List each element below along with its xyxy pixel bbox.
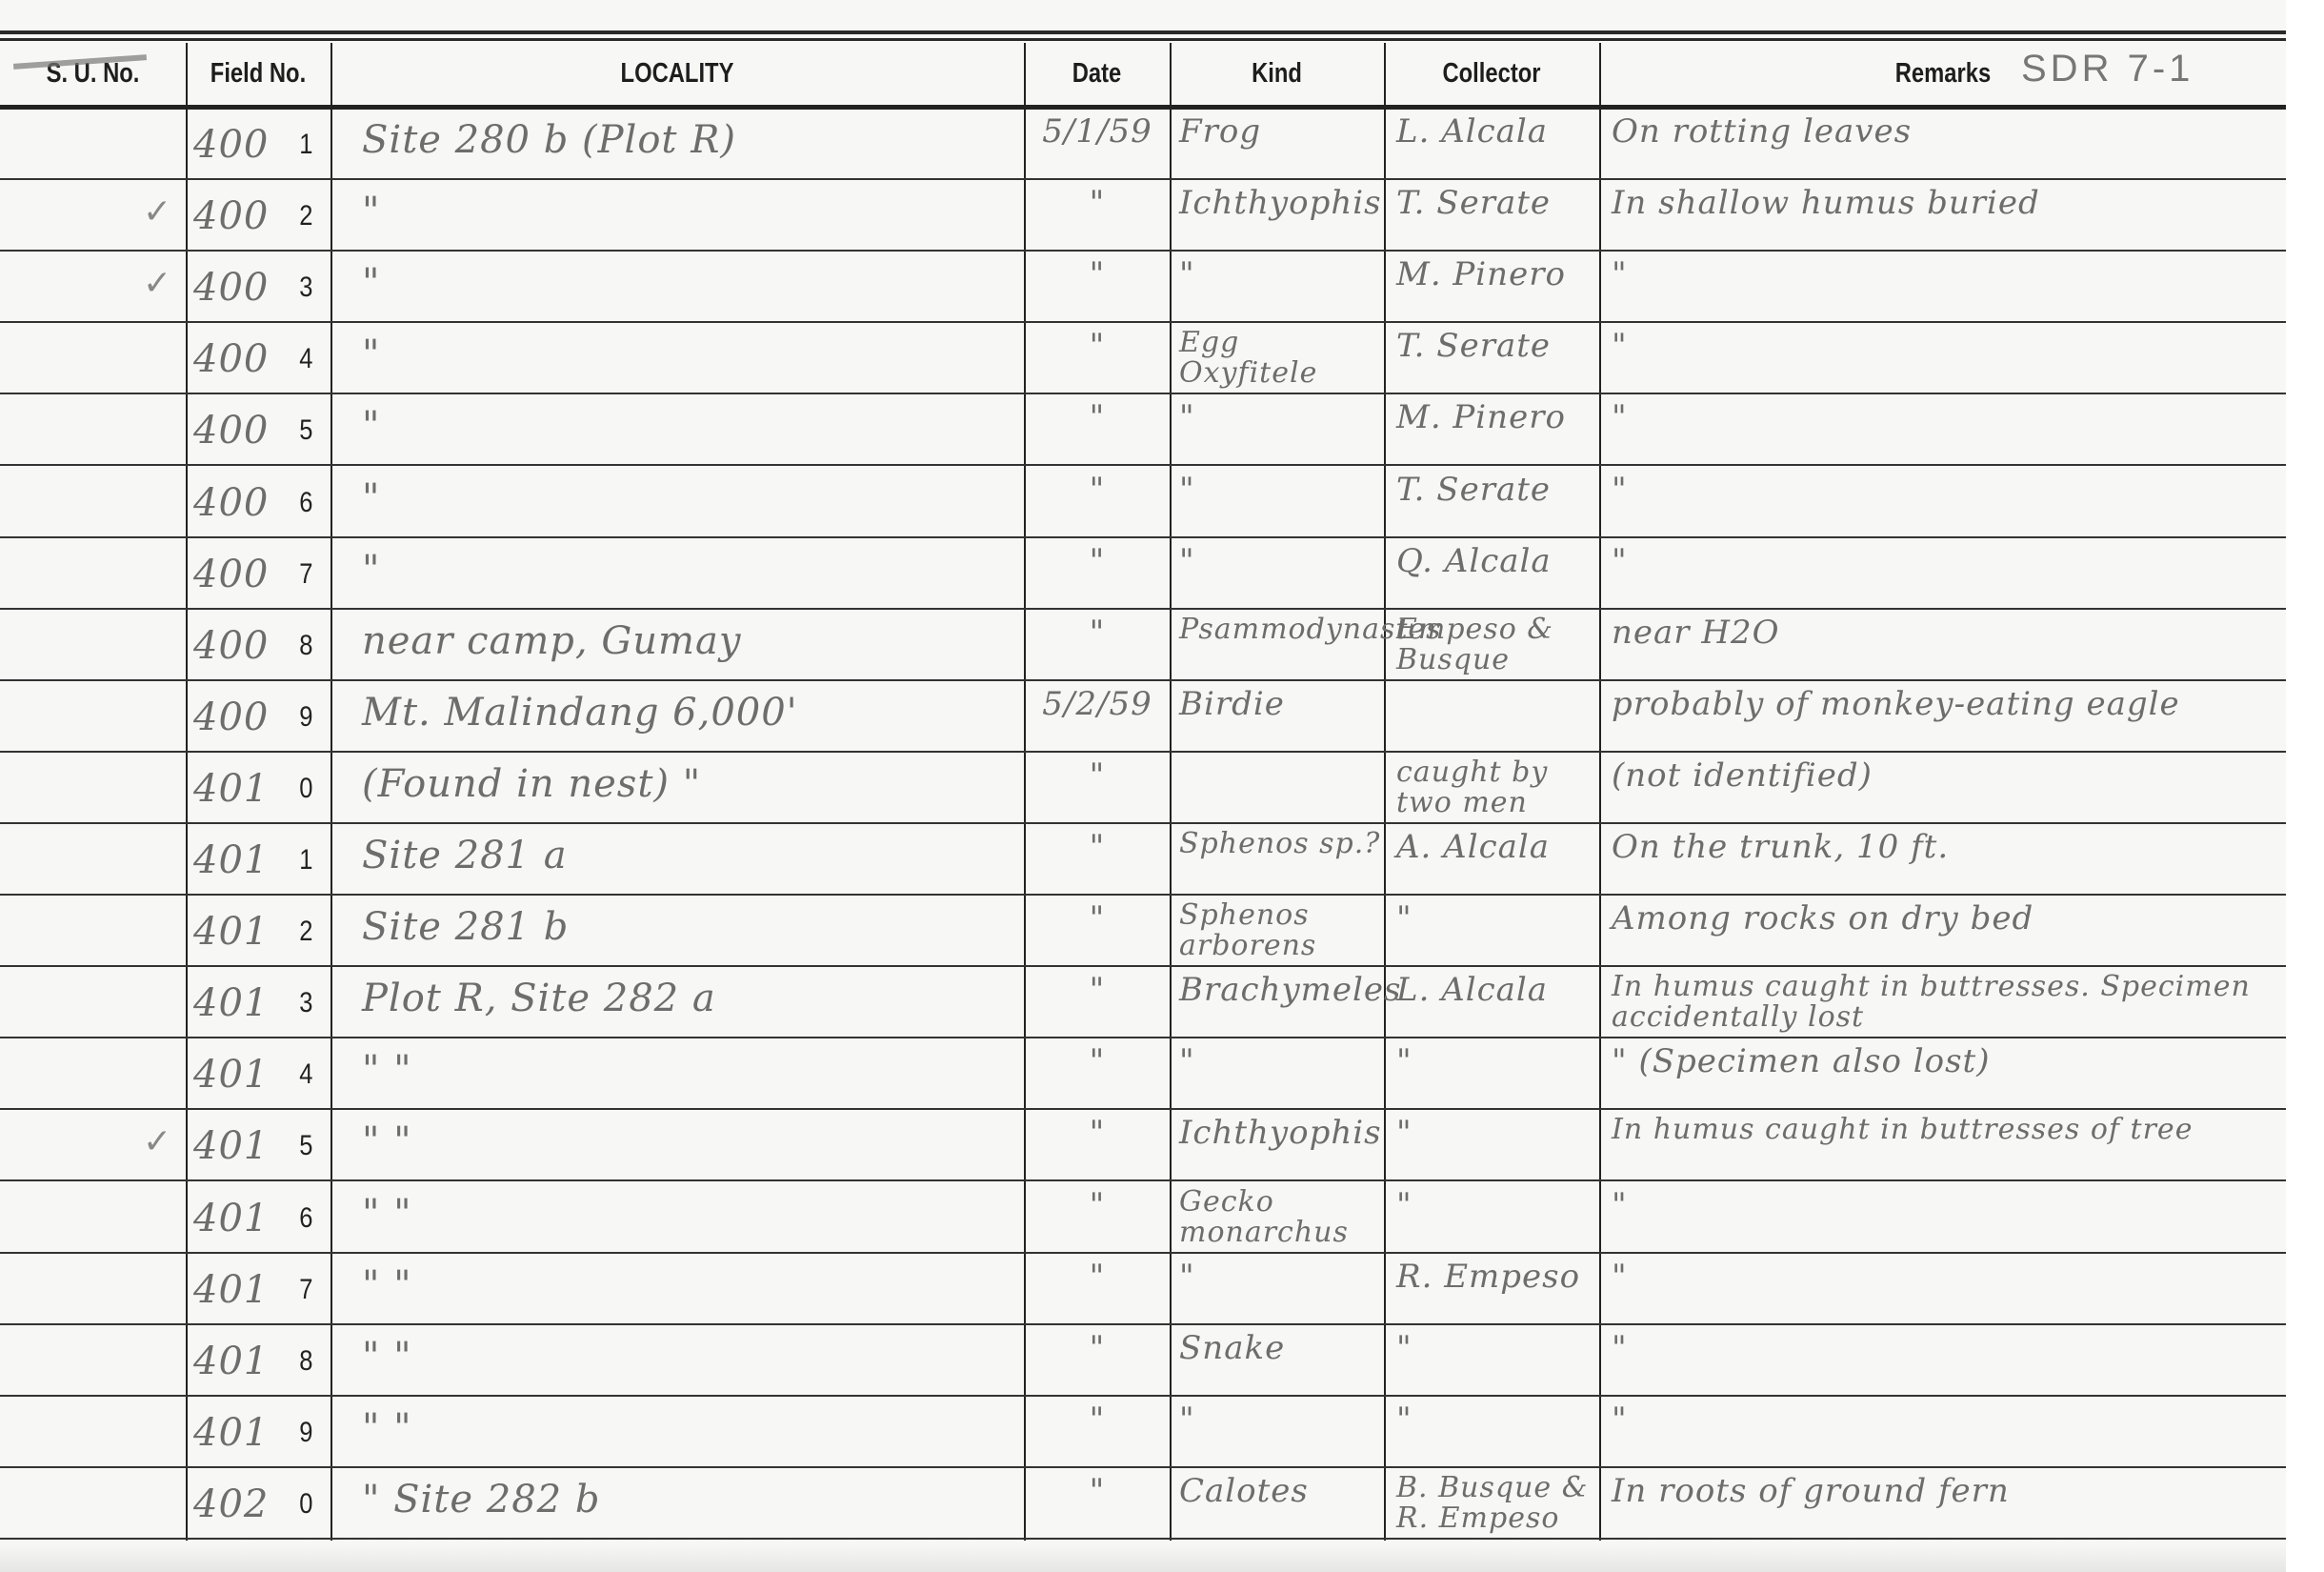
field-number-printed-digit: 9 — [299, 701, 312, 734]
locality-cell: Site 281 a — [362, 823, 1010, 895]
date-cell: " — [1026, 537, 1169, 609]
remarks-text: In roots of ground fern — [1612, 1467, 2278, 1507]
remarks-cell: In roots of ground fern — [1612, 1467, 2278, 1539]
collector-cell: caught by two men — [1396, 752, 1596, 823]
remarks-cell: probably of monkey-eating eagle — [1612, 680, 2278, 752]
date-text: " — [1026, 1181, 1169, 1221]
kind-cell: Brachymeles — [1179, 966, 1381, 1038]
table-row: 400 7 " " " Q. Alcala " — [0, 537, 2286, 609]
header-locality: LOCALITY — [393, 48, 962, 100]
date-cell: " — [1026, 393, 1169, 465]
field-number-handwritten: 401 — [193, 1340, 269, 1383]
date-text: " — [1026, 466, 1169, 506]
top-rule — [0, 38, 2286, 41]
date-cell: " — [1026, 1467, 1169, 1539]
locality-cell: " " — [362, 1109, 1010, 1180]
field-number-handwritten: 401 — [193, 1124, 269, 1168]
remarks-cell: (not identified) — [1612, 752, 2278, 823]
paper-edge — [0, 1543, 2286, 1572]
field-number-printed-digit: 3 — [299, 987, 312, 1019]
locality-cell: " — [362, 537, 1010, 609]
field-number: 400 7 — [186, 537, 331, 609]
locality-cell: " — [362, 393, 1010, 465]
remarks-cell: On the trunk, 10 ft. — [1612, 823, 2278, 895]
remarks-text: near H2O — [1612, 609, 2278, 649]
collector-cell — [1396, 680, 1596, 752]
field-number-handwritten: 400 — [193, 337, 269, 381]
locality-cell: " — [362, 466, 1010, 537]
field-number: 401 6 — [186, 1181, 331, 1253]
collector-cell: A. Alcala — [1396, 823, 1596, 895]
field-number-handwritten: 400 — [193, 624, 269, 668]
field-number-handwritten: 400 — [193, 695, 269, 739]
date-cell: " — [1026, 609, 1169, 680]
locality-text: Mt. Malindang 6,000' — [362, 680, 1010, 732]
locality-text: Site 281 a — [362, 823, 1010, 875]
date-cell: " — [1026, 752, 1169, 823]
remarks-cell: In shallow humus buried — [1612, 179, 2278, 251]
locality-text: " — [362, 322, 1010, 373]
locality-cell: Plot R, Site 282 a — [362, 966, 1010, 1038]
field-number-printed-digit: 5 — [299, 414, 312, 447]
field-number-printed-digit: 0 — [299, 1488, 312, 1521]
kind-cell: " — [1179, 537, 1381, 609]
locality-text: " Site 282 b — [362, 1467, 1010, 1519]
date-text: " — [1026, 823, 1169, 863]
collector-text: A. Alcala — [1396, 823, 1596, 863]
field-number: 400 6 — [186, 466, 331, 537]
collector-text: T. Serate — [1396, 322, 1596, 362]
locality-cell: Mt. Malindang 6,000' — [362, 680, 1010, 752]
date-cell: 5/1/59 — [1026, 108, 1169, 179]
table-row: 400 1 Site 280 b (Plot R) 5/1/59 Frog L.… — [0, 108, 2286, 179]
date-text: " — [1026, 251, 1169, 291]
row-rule — [0, 1538, 2286, 1540]
field-number-handwritten: 401 — [193, 910, 269, 954]
field-number: 401 8 — [186, 1324, 331, 1396]
kind-text: Snake — [1179, 1324, 1381, 1364]
kind-cell: " — [1179, 466, 1381, 537]
kind-text: " — [1179, 537, 1381, 577]
date-cell: " — [1026, 966, 1169, 1038]
locality-cell: (Found in nest) " — [362, 752, 1010, 823]
locality-text: (Found in nest) " — [362, 752, 1010, 803]
kind-cell: Gecko monarchus — [1179, 1181, 1381, 1253]
field-number-handwritten: 400 — [193, 409, 269, 453]
kind-cell: " — [1179, 393, 1381, 465]
table-row: 400 6 " " " T. Serate " — [0, 466, 2286, 537]
kind-cell: Sphenos sp.? — [1179, 823, 1381, 895]
remarks-text: In humus caught in buttresses. Specimen … — [1612, 966, 2278, 1033]
remarks-text: In humus caught in buttresses of tree — [1612, 1109, 2278, 1145]
collector-text — [1396, 680, 1596, 688]
remarks-cell: " — [1612, 251, 2278, 322]
header-date: Date — [1037, 48, 1156, 100]
locality-text: Site 281 b — [362, 895, 1010, 946]
locality-text: Plot R, Site 282 a — [362, 966, 1010, 1018]
field-number-handwritten: 401 — [193, 1411, 269, 1455]
field-number: 401 3 — [186, 966, 331, 1038]
remarks-text: " — [1612, 1396, 2278, 1436]
collector-text: T. Serate — [1396, 179, 1596, 219]
field-number-printed-digit: 2 — [299, 200, 312, 232]
remarks-cell: " — [1612, 466, 2278, 537]
kind-text: Ichthyophis — [1179, 1109, 1381, 1149]
kind-cell: " — [1179, 1038, 1381, 1109]
kind-cell: " — [1179, 1253, 1381, 1324]
checkmark-icon: ✓ — [143, 264, 171, 303]
collector-cell: R. Empeso — [1396, 1253, 1596, 1324]
table-row: 400 9 Mt. Malindang 6,000' 5/2/59 Birdie… — [0, 680, 2286, 752]
remarks-text: " (Specimen also lost) — [1612, 1038, 2278, 1078]
header-field-no: Field No. — [199, 48, 318, 100]
field-number: 400 8 — [186, 609, 331, 680]
field-number-printed-digit: 4 — [299, 1058, 312, 1091]
kind-text: " — [1179, 1038, 1381, 1078]
collector-text: " — [1396, 1181, 1596, 1221]
remarks-text: In shallow humus buried — [1612, 179, 2278, 219]
locality-text: " — [362, 393, 1010, 445]
collector-text: " — [1396, 1109, 1596, 1149]
remarks-text: (not identified) — [1612, 752, 2278, 792]
date-cell: " — [1026, 1181, 1169, 1253]
field-catalog-sheet: S. U. No. Field No. LOCALITY Date Kind C… — [0, 0, 2286, 1572]
field-number-printed-digit: 7 — [299, 558, 312, 591]
field-number-printed-digit: 0 — [299, 773, 312, 805]
header-remarks: Remarks — [1880, 48, 2005, 100]
kind-cell: Snake — [1179, 1324, 1381, 1396]
date-text: " — [1026, 1109, 1169, 1149]
remarks-cell: In humus caught in buttresses of tree — [1612, 1109, 2278, 1180]
remarks-cell: " (Specimen also lost) — [1612, 1038, 2278, 1109]
field-number: 401 7 — [186, 1253, 331, 1324]
collector-text: " — [1396, 1038, 1596, 1078]
table-row: 401 0 (Found in nest) " " caught by two … — [0, 752, 2286, 823]
header-collector: Collector — [1403, 48, 1579, 100]
date-text: 5/1/59 — [1026, 108, 1169, 148]
kind-text: Gecko monarchus — [1179, 1181, 1381, 1248]
collector-cell: T. Serate — [1396, 466, 1596, 537]
kind-text: Calotes — [1179, 1467, 1381, 1507]
field-number: 402 0 — [186, 1467, 331, 1539]
kind-text: Frog — [1179, 108, 1381, 148]
field-number-printed-digit: 6 — [299, 1202, 312, 1235]
date-cell: " — [1026, 823, 1169, 895]
remarks-cell: " — [1612, 1396, 2278, 1467]
collector-text: L. Alcala — [1396, 966, 1596, 1006]
field-number-printed-digit: 5 — [299, 1130, 312, 1162]
locality-text: " " — [362, 1109, 1010, 1160]
table-row: 401 8 " " " Snake " " — [0, 1324, 2286, 1396]
table-row: 401 2 Site 281 b " Sphenos arborens " Am… — [0, 895, 2286, 966]
kind-text: Ichthyophis — [1179, 179, 1381, 219]
kind-text: Brachymeles — [1179, 966, 1381, 1006]
field-number: 400 5 — [186, 393, 331, 465]
date-text: " — [1026, 966, 1169, 1006]
kind-cell: Frog — [1179, 108, 1381, 179]
field-number-handwritten: 401 — [193, 1053, 269, 1097]
locality-cell: " — [362, 322, 1010, 393]
kind-text: Birdie — [1179, 680, 1381, 720]
kind-cell: Psammodynastes — [1179, 609, 1381, 680]
field-number-handwritten: 401 — [193, 767, 269, 811]
remarks-text: On the trunk, 10 ft. — [1612, 823, 2278, 863]
field-number-handwritten: 400 — [193, 553, 269, 596]
field-number: 401 1 — [186, 823, 331, 895]
locality-text: " " — [362, 1038, 1010, 1089]
collector-text: " — [1396, 895, 1596, 935]
checkmark-icon: ✓ — [143, 1122, 171, 1161]
collector-cell: L. Alcala — [1396, 966, 1596, 1038]
collector-cell: " — [1396, 1038, 1596, 1109]
locality-cell: " — [362, 251, 1010, 322]
collector-text: B. Busque & R. Empeso — [1396, 1467, 1596, 1534]
kind-cell: Egg Oxyfitele — [1179, 322, 1381, 393]
table-row: 401 6 " " " Gecko monarchus " " — [0, 1181, 2286, 1253]
collector-text: Q. Alcala — [1396, 537, 1596, 577]
kind-text: " — [1179, 1396, 1381, 1436]
collector-cell: Q. Alcala — [1396, 537, 1596, 609]
locality-text: " " — [362, 1396, 1010, 1447]
table-row: 401 7 " " " " R. Empeso " — [0, 1253, 2286, 1324]
collector-text: M. Pinero — [1396, 251, 1596, 291]
locality-text: " — [362, 537, 1010, 589]
remarks-text: " — [1612, 322, 2278, 362]
collector-cell: " — [1396, 1109, 1596, 1180]
kind-text — [1179, 752, 1381, 759]
date-text: " — [1026, 1467, 1169, 1507]
remarks-text: " — [1612, 251, 2278, 291]
collector-cell: Empeso & Busque — [1396, 609, 1596, 680]
locality-text: near camp, Gumay — [362, 609, 1010, 660]
collector-cell: B. Busque & R. Empeso — [1396, 1467, 1596, 1539]
remarks-cell: " — [1612, 322, 2278, 393]
remarks-cell: " — [1612, 1181, 2278, 1253]
field-number-handwritten: 401 — [193, 838, 269, 882]
kind-text: " — [1179, 466, 1381, 506]
kind-text: Psammodynastes — [1179, 609, 1381, 645]
table-row: 402 0 " Site 282 b " Calotes B. Busque &… — [0, 1467, 2286, 1539]
kind-text: " — [1179, 1253, 1381, 1293]
date-cell: " — [1026, 466, 1169, 537]
collector-cell: " — [1396, 895, 1596, 966]
date-cell: " — [1026, 1109, 1169, 1180]
field-number-handwritten: 400 — [193, 481, 269, 525]
field-number: 401 0 — [186, 752, 331, 823]
table-row: ✓ 400 2 " " Ichthyophis T. Serate In sha… — [0, 179, 2286, 251]
remarks-cell: " — [1612, 1324, 2278, 1396]
collector-cell: " — [1396, 1396, 1596, 1467]
date-text: " — [1026, 752, 1169, 792]
kind-cell: Ichthyophis — [1179, 1109, 1381, 1180]
catalog-stamp: SDR 7-1 — [2021, 48, 2194, 91]
kind-text: Egg Oxyfitele — [1179, 322, 1381, 389]
table-row: 401 1 Site 281 a " Sphenos sp.? A. Alcal… — [0, 823, 2286, 895]
field-number-printed-digit: 1 — [299, 844, 312, 877]
remarks-cell: " — [1612, 1253, 2278, 1324]
locality-text: " " — [362, 1324, 1010, 1376]
field-number: 401 4 — [186, 1038, 331, 1109]
field-number-printed-digit: 1 — [299, 129, 312, 161]
date-cell: " — [1026, 179, 1169, 251]
collector-text: " — [1396, 1324, 1596, 1364]
kind-cell: " — [1179, 1396, 1381, 1467]
field-number-handwritten: 401 — [193, 1197, 269, 1240]
collector-cell: M. Pinero — [1396, 251, 1596, 322]
field-number: 400 1 — [186, 108, 331, 179]
kind-cell: Birdie — [1179, 680, 1381, 752]
checkmark-icon: ✓ — [143, 192, 171, 232]
collector-text: caught by two men — [1396, 752, 1596, 818]
date-cell: " — [1026, 1396, 1169, 1467]
date-text: 5/2/59 — [1026, 680, 1169, 720]
remarks-cell: near H2O — [1612, 609, 2278, 680]
field-number: 401 9 — [186, 1396, 331, 1467]
field-number-printed-digit: 8 — [299, 630, 312, 662]
locality-cell: " " — [362, 1038, 1010, 1109]
date-text: " — [1026, 322, 1169, 362]
date-text: " — [1026, 1396, 1169, 1436]
table-row: 401 3 Plot R, Site 282 a " Brachymeles L… — [0, 966, 2286, 1038]
collector-text: " — [1396, 1396, 1596, 1436]
collector-text: Empeso & Busque — [1396, 609, 1596, 675]
collector-text: L. Alcala — [1396, 108, 1596, 148]
kind-text: " — [1179, 393, 1381, 433]
kind-cell: Ichthyophis — [1179, 179, 1381, 251]
date-text: " — [1026, 1324, 1169, 1364]
locality-cell: " — [362, 179, 1010, 251]
field-number-printed-digit: 9 — [299, 1417, 312, 1449]
collector-cell: L. Alcala — [1396, 108, 1596, 179]
date-text: " — [1026, 895, 1169, 935]
date-cell: 5/2/59 — [1026, 680, 1169, 752]
kind-cell — [1179, 752, 1381, 823]
kind-text: Sphenos arborens — [1179, 895, 1381, 961]
kind-cell: Sphenos arborens — [1179, 895, 1381, 966]
remarks-text: On rotting leaves — [1612, 108, 2278, 148]
date-cell: " — [1026, 895, 1169, 966]
remarks-text: probably of monkey-eating eagle — [1612, 680, 2278, 720]
locality-cell: " " — [362, 1396, 1010, 1467]
field-number-printed-digit: 7 — [299, 1274, 312, 1306]
field-number: 400 4 — [186, 322, 331, 393]
field-number-handwritten: 401 — [193, 981, 269, 1025]
header-kind: Kind — [1189, 48, 1365, 100]
field-number-handwritten: 400 — [193, 194, 269, 238]
date-cell: " — [1026, 322, 1169, 393]
table-row: ✓ 401 5 " " " Ichthyophis " In humus cau… — [0, 1109, 2286, 1180]
locality-cell: Site 280 b (Plot R) — [362, 108, 1010, 179]
remarks-text: " — [1612, 537, 2278, 577]
top-rule — [0, 30, 2286, 34]
date-text: " — [1026, 393, 1169, 433]
date-text: " — [1026, 609, 1169, 649]
locality-text: Site 280 b (Plot R) — [362, 108, 1010, 159]
collector-cell: " — [1396, 1324, 1596, 1396]
table-row: 401 4 " " " " " " (Specimen also lost) — [0, 1038, 2286, 1109]
collector-cell: M. Pinero — [1396, 393, 1596, 465]
kind-text: Sphenos sp.? — [1179, 823, 1381, 859]
locality-cell: Site 281 b — [362, 895, 1010, 966]
collector-cell: T. Serate — [1396, 322, 1596, 393]
kind-text: " — [1179, 251, 1381, 291]
locality-cell: " Site 282 b — [362, 1467, 1010, 1539]
field-number-printed-digit: 4 — [299, 343, 312, 375]
date-cell: " — [1026, 1038, 1169, 1109]
date-cell: " — [1026, 1253, 1169, 1324]
remarks-text: Among rocks on dry bed — [1612, 895, 2278, 935]
remarks-cell: On rotting leaves — [1612, 108, 2278, 179]
field-number: 400 2 — [186, 179, 331, 251]
field-number: 401 5 — [186, 1109, 331, 1180]
field-number-handwritten: 401 — [193, 1268, 269, 1312]
locality-cell: " " — [362, 1324, 1010, 1396]
date-text: " — [1026, 179, 1169, 219]
locality-text: " " — [362, 1253, 1010, 1304]
locality-text: " — [362, 251, 1010, 302]
kind-cell: " — [1179, 251, 1381, 322]
date-text: " — [1026, 1038, 1169, 1078]
field-number: 400 3 — [186, 251, 331, 322]
table-row: 400 5 " " " M. Pinero " — [0, 393, 2286, 465]
field-number-handwritten: 400 — [193, 123, 269, 167]
date-cell: " — [1026, 251, 1169, 322]
remarks-text: " — [1612, 393, 2278, 433]
table-row: 400 8 near camp, Gumay " Psammodynastes … — [0, 609, 2286, 680]
kind-cell: Calotes — [1179, 1467, 1381, 1539]
field-number-handwritten: 402 — [193, 1482, 269, 1526]
table-row: 401 9 " " " " " " — [0, 1396, 2286, 1467]
field-number: 401 2 — [186, 895, 331, 966]
collector-cell: " — [1396, 1181, 1596, 1253]
field-number-printed-digit: 3 — [299, 272, 312, 304]
remarks-cell: " — [1612, 537, 2278, 609]
field-number-handwritten: 400 — [193, 266, 269, 310]
locality-cell: near camp, Gumay — [362, 609, 1010, 680]
locality-cell: " " — [362, 1253, 1010, 1324]
field-number-printed-digit: 2 — [299, 916, 312, 948]
locality-text: " " — [362, 1181, 1010, 1233]
remarks-text: " — [1612, 1253, 2278, 1293]
remarks-cell: In humus caught in buttresses. Specimen … — [1612, 966, 2278, 1038]
remarks-cell: Among rocks on dry bed — [1612, 895, 2278, 966]
remarks-text: " — [1612, 1324, 2278, 1364]
remarks-cell: " — [1612, 393, 2278, 465]
remarks-text: " — [1612, 466, 2278, 506]
collector-cell: T. Serate — [1396, 179, 1596, 251]
locality-cell: " " — [362, 1181, 1010, 1253]
locality-text: " — [362, 466, 1010, 517]
table-row: 400 4 " " Egg Oxyfitele T. Serate " — [0, 322, 2286, 393]
table-row: ✓ 400 3 " " " M. Pinero " — [0, 251, 2286, 322]
date-cell: " — [1026, 1324, 1169, 1396]
field-number-printed-digit: 6 — [299, 487, 312, 519]
locality-text: " — [362, 179, 1010, 231]
remarks-text: " — [1612, 1181, 2278, 1221]
collector-text: M. Pinero — [1396, 393, 1596, 433]
field-number: 400 9 — [186, 680, 331, 752]
field-number-printed-digit: 8 — [299, 1345, 312, 1378]
date-text: " — [1026, 537, 1169, 577]
collector-text: T. Serate — [1396, 466, 1596, 506]
date-text: " — [1026, 1253, 1169, 1293]
collector-text: R. Empeso — [1396, 1253, 1596, 1293]
